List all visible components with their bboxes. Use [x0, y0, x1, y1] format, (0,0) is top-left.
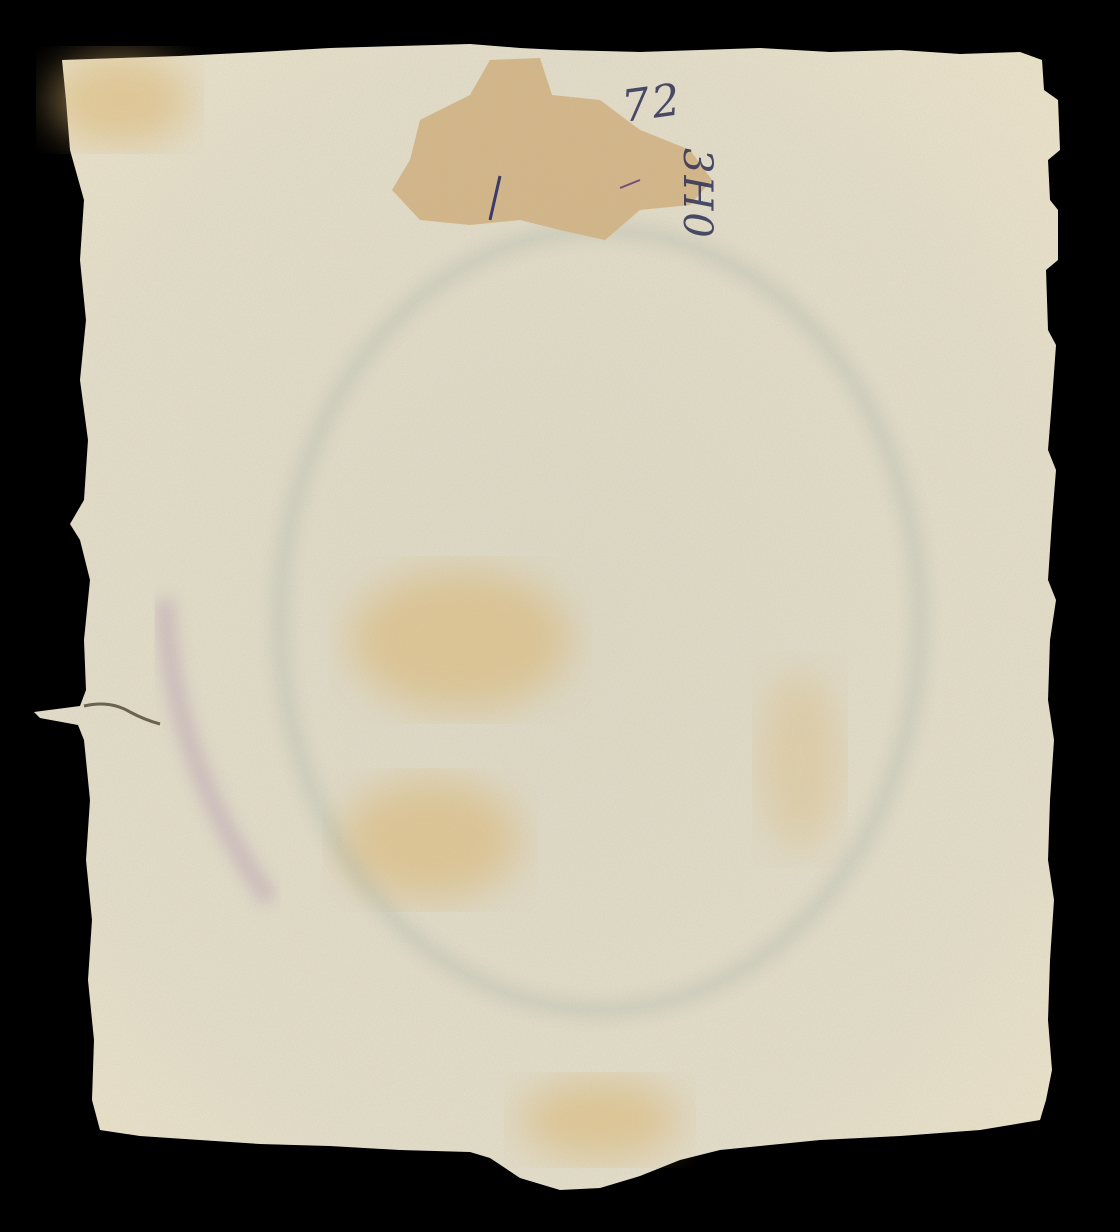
pencil-annotation-side: 3H0 — [674, 148, 720, 240]
stamp-back — [0, 0, 1120, 1232]
pencil-annotation-72: 72 — [619, 74, 686, 133]
